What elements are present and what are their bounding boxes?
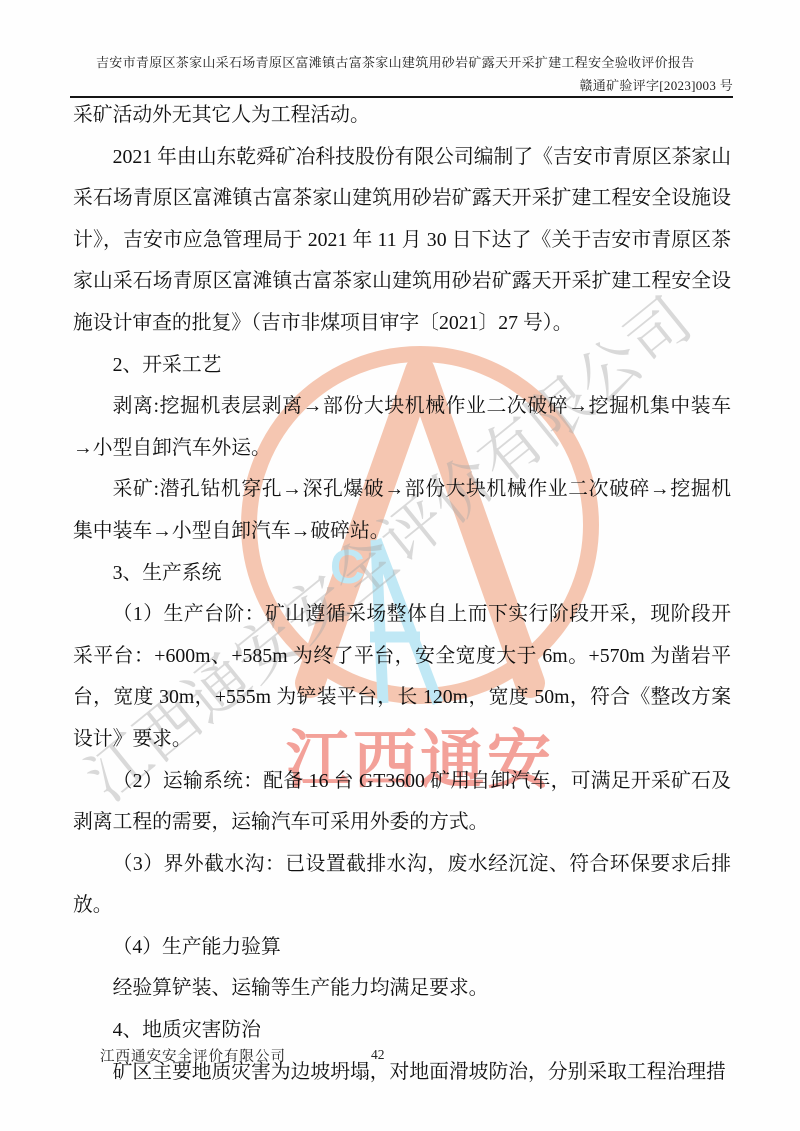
page-header: 吉安市青原区茶家山采石场青原区富滩镇古富茶家山建筑用砂岩矿露天开采扩建工程安全验… bbox=[70, 52, 733, 94]
footer-company-name: 江西通安安全评价有限公司 bbox=[100, 1045, 286, 1066]
paragraph: （3）界外截水沟：已设置截排水沟，废水经沉淀、符合环保要求后排放。 bbox=[73, 844, 731, 927]
page-number: 42 bbox=[371, 1047, 385, 1063]
paragraph: 2、开采工艺 bbox=[73, 345, 731, 387]
paragraph: 采矿活动外无其它人为工程活动。 bbox=[73, 95, 731, 137]
paragraph: （2）运输系统：配备 16 台 GT3600 矿用自卸汽车，可满足开采矿石及剥离… bbox=[73, 761, 731, 844]
paragraph: 剥离:挖掘机表层剥离→部份大块机械作业二次破碎→挖掘机集中装车→小型自卸汽车外运… bbox=[73, 386, 731, 469]
paragraph: 3、生产系统 bbox=[73, 553, 731, 595]
report-page: C 江西通安安全评价有限公司 江西通安 吉安市青原区茶家山采石场青原区富滩镇古富… bbox=[0, 0, 800, 1131]
paragraph: 采矿:潜孔钻机穿孔→深孔爆破→部份大块机械作业二次破碎→挖掘机集中装车→小型自卸… bbox=[73, 469, 731, 552]
paragraph: （4）生产能力验算 bbox=[73, 927, 731, 969]
document-body: 采矿活动外无其它人为工程活动。2021 年由山东乾舜矿冶科技股份有限公司编制了《… bbox=[73, 95, 731, 1093]
paragraph: （1）生产台阶：矿山遵循采场整体自上而下实行阶段开采，现阶段开采平台：+600m… bbox=[73, 594, 731, 760]
paragraph: 2021 年由山东乾舜矿冶科技股份有限公司编制了《吉安市青原区茶家山采石场青原区… bbox=[73, 137, 731, 345]
report-title: 吉安市青原区茶家山采石场青原区富滩镇古富茶家山建筑用砂岩矿露天开采扩建工程安全验… bbox=[70, 52, 733, 71]
paragraph: 经验算铲装、运输等生产能力均满足要求。 bbox=[73, 968, 731, 1010]
document-number: 赣通矿验评字[2023]003 号 bbox=[70, 75, 733, 94]
